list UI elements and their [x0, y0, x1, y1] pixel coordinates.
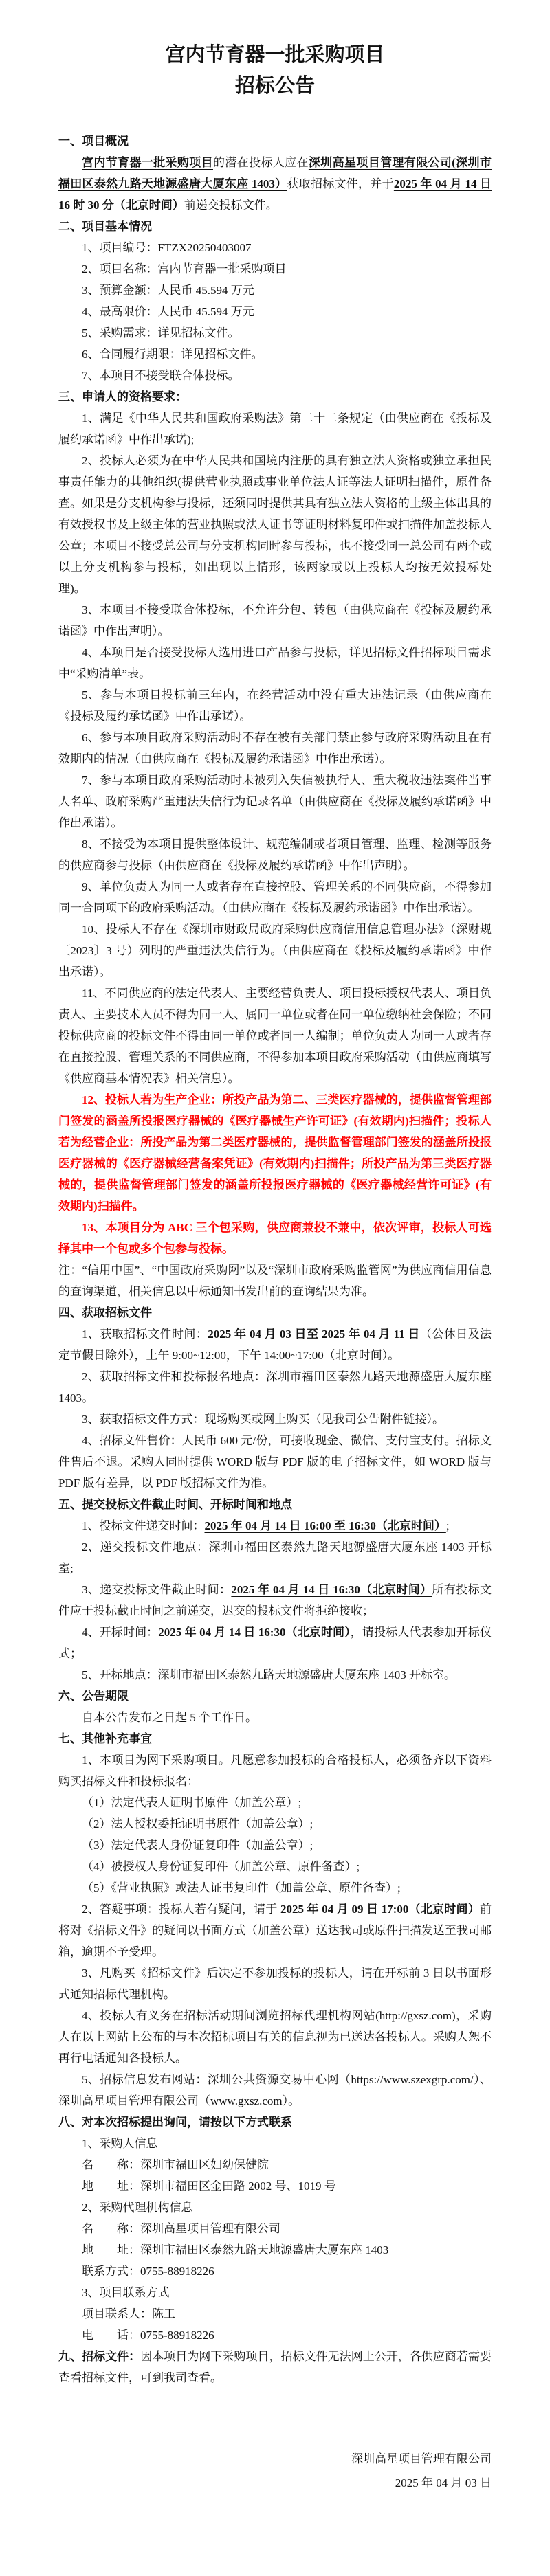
no-consortium-note: 7、本项目不接受联合体投标。: [58, 365, 492, 386]
section-1-heading: 一、项目概况: [58, 131, 492, 152]
document-title-line1: 宫内节育器一批采购项目: [58, 40, 492, 71]
underlined-opening-time: 2025 年 04 月 14 日 16:30（北京时间）: [158, 1626, 350, 1639]
announcement-document: 宫内节育器一批采购项目 招标公告 一、项目概况 宫内节育器一批采购项目的潜在投标…: [0, 0, 550, 2576]
qualification-item-4: 4、本项目是否接受投标人选用进口产品参与投标，详见招标文件招标项目需求中“采购清…: [58, 642, 492, 684]
supplement-sub-4: （4）被授权人身份证复印件（加盖公章、原件备查）;: [58, 1856, 492, 1877]
project-name: 2、项目名称：宫内节育器一批采购项目: [58, 258, 492, 280]
qualification-item-6: 6、参与本项目政府采购活动时不存在被有关部门禁止参与政府采购活动且在有效期内的情…: [58, 727, 492, 770]
supplement-sub-5: （5）《营业执照》或法人证书复印件（加盖公章、原件备查）;: [58, 1877, 492, 1899]
section-4-heading: 四、获取招标文件: [58, 1302, 492, 1323]
submit-time: 1、投标文件递交时间：2025 年 04 月 14 日 16:00 至 16:3…: [58, 1515, 492, 1536]
agency-phone: 联系方式：0755-88918226: [58, 2261, 492, 2282]
budget-amount: 3、预算金额：人民币 45.594 万元: [58, 280, 492, 301]
project-overview-text: 宫内节育器一批采购项目的潜在投标人应在深圳高星项目管理有限公司(深圳市福田区泰然…: [58, 152, 492, 216]
underlined-obtain-dates: 2025 年 04 月 03 日至 2025 年 04 月 11 日: [208, 1328, 420, 1341]
overview-text-3: 前递交投标文件。: [184, 199, 278, 212]
qualification-item-12-red: 12、投标人若为生产企业：所投产品为第二、三类医疗器械的，提供监督管理部门签发的…: [58, 1089, 492, 1217]
supplement-item-1: 1、本项目为网下采购项目。凡愿意参加投标的合格投标人，必须备齐以下资料购买招标文…: [58, 1749, 492, 1792]
underlined-qa-deadline: 2025 年 04 月 09 日 17:00（北京时间）: [280, 1903, 480, 1916]
project-number: 1、项目编号：FTZX20250403007: [58, 237, 492, 258]
footer-date: 2025 年 04 月 03 日: [58, 2471, 492, 2495]
agency-name: 名 称：深圳高星项目管理有限公司: [58, 2218, 492, 2239]
qualification-item-3: 3、本项目不接受联合体投标，不允许分包、转包（由供应商在《投标及履约承诺函》中作…: [58, 599, 492, 642]
purchaser-name: 名 称：深圳市福田区妇幼保健院: [58, 2154, 492, 2175]
qualification-item-7: 7、参与本项目政府采购活动时未被列入失信被执行人、重大税收违法案件当事人名单、政…: [58, 770, 492, 833]
agency-info-title: 2、采购代理机构信息: [58, 2197, 492, 2218]
opening-location: 5、开标地点：深圳市福田区泰然九路天地源盛唐大厦东座 1403 开标室。: [58, 1664, 492, 1685]
opening-time-label: 4、开标时间：: [82, 1626, 158, 1639]
procurement-requirements: 5、采购需求：详见招标文件。: [58, 322, 492, 344]
obtain-location: 2、获取招标文件和投标报名地点：深圳市福田区泰然九路天地源盛唐大厦东座 1403…: [58, 1366, 492, 1409]
supplement-sub-3: （3）法定代表人身份证复印件（加盖公章）;: [58, 1835, 492, 1856]
opening-time: 4、开标时间：2025 年 04 月 14 日 16:30（北京时间），请投标人…: [58, 1622, 492, 1664]
signature-block: 深圳高星项目管理有限公司 2025 年 04 月 03 日: [58, 2447, 492, 2495]
qualification-item-10: 10、投标人不存在《深圳市财政局政府采购供应商信用信息管理办法》（深财规〔202…: [58, 919, 492, 983]
document-title-line2: 招标公告: [58, 71, 492, 102]
submit-location: 2、递交投标文件地点：深圳市福田区泰然九路天地源盛唐大厦东座 1403 开标室;: [58, 1536, 492, 1579]
qualification-item-5: 5、参与本项目投标前三年内，在经营活动中没有重大违法记录（由供应商在《投标及履约…: [58, 684, 492, 727]
supplement-item-4: 4、投标人有义务在招标活动期间浏览招标代理机构网站(http://gxsz.co…: [58, 2005, 492, 2069]
supplement-item-3: 3、凡购买《招标文件》后决定不参加投标的投标人，请在开标前 3 日以书面形式通知…: [58, 1962, 492, 2005]
qualification-item-8: 8、不接受为本项目提供整体设计、规范编制或者项目管理、监理、检测等服务的供应商参…: [58, 833, 492, 876]
qualification-note: 注：“信用中国”、“中国政府采购网”以及“深圳市政府采购监管网”为供应商信用信息…: [58, 1259, 492, 1302]
supplement-item-2: 2、答疑事项：投标人若有疑问，请于 2025 年 04 月 09 日 17:00…: [58, 1899, 492, 1962]
obtain-method: 3、获取招标文件方式：现场购买或网上购买（见我司公告附件链接）。: [58, 1409, 492, 1430]
document-title: 宫内节育器一批采购项目 招标公告: [58, 40, 492, 102]
overview-text-1: 的潜在投标人应在: [213, 156, 309, 169]
underlined-project-name: 宫内节育器一批采购项目: [82, 156, 213, 169]
footer-company: 深圳高星项目管理有限公司: [58, 2447, 492, 2471]
supplement-item-5: 5、招标信息发布网站：深圳公共资源交易中心网（https://www.szexg…: [58, 2069, 492, 2112]
purchaser-address: 地 址：深圳市福田区金田路 2002 号、1019 号: [58, 2175, 492, 2197]
qualification-item-2: 2、投标人必须为在中华人民共和国境内注册的具有独立法人资格或独立承担民事责任能力…: [58, 450, 492, 599]
announcement-period-text: 自本公告发布之日起 5 个工作日。: [58, 1707, 492, 1728]
section-7-heading: 七、其他补充事宜: [58, 1728, 492, 1749]
section-9-heading: 九、招标文件：: [58, 2350, 140, 2363]
qa-label: 2、答疑事项：投标人若有疑问，请于: [82, 1903, 280, 1916]
submit-time-label: 1、投标文件递交时间：: [82, 1519, 205, 1532]
underlined-submit-deadline: 2025 年 04 月 14 日 16:30（北京时间）: [231, 1583, 432, 1596]
purchaser-info-title: 1、采购人信息: [58, 2133, 492, 2154]
supplement-sub-2: （2）法人授权委托证明书原件（加盖公章）;: [58, 1813, 492, 1835]
section-6-heading: 六、公告期限: [58, 1685, 492, 1707]
price-ceiling: 4、最高限价：人民币 45.594 万元: [58, 301, 492, 322]
project-contact-phone: 电 话：0755-88918226: [58, 2325, 492, 2346]
qualification-item-1: 1、满足《中华人民共和国政府采购法》第二十二条规定（由供应商在《投标及履约承诺函…: [58, 407, 492, 450]
submit-deadline: 3、递交投标文件截止时间：2025 年 04 月 14 日 16:30（北京时间…: [58, 1579, 492, 1622]
overview-text-2: 获取招标文件，并于: [287, 177, 393, 190]
submit-deadline-label: 3、递交投标文件截止时间：: [82, 1583, 231, 1596]
section-8-heading: 八、对本次招标提出询问，请按以下方式联系: [58, 2112, 492, 2133]
obtain-time-label: 1、获取招标文件时间：: [82, 1328, 208, 1341]
document-price: 4、招标文件售价：人民币 600 元/份，可接收现金、微信、支付宝支付。招标文件…: [58, 1430, 492, 1494]
supplement-sub-1: （1）法定代表人证明书原件（加盖公章）;: [58, 1792, 492, 1813]
project-contact-person: 项目联系人：陈工: [58, 2303, 492, 2325]
project-contact-title: 3、项目联系方式: [58, 2282, 492, 2303]
section-3-heading: 三、申请人的资格要求：: [58, 386, 492, 407]
section-2-heading: 二、项目基本情况: [58, 216, 492, 237]
qualification-item-13-red: 13、本项目分为 ABC 三个包采购，供应商兼投不兼中，依次评审，投标人可选择其…: [58, 1217, 492, 1259]
obtain-time: 1、获取招标文件时间：2025 年 04 月 03 日至 2025 年 04 月…: [58, 1323, 492, 1366]
section-5-heading: 五、提交投标文件截止时间、开标时间和地点: [58, 1494, 492, 1515]
contract-period: 6、合同履行期限：详见招标文件。: [58, 344, 492, 365]
submit-time-tail: ;: [446, 1519, 450, 1532]
underlined-submit-window: 2025 年 04 月 14 日 16:00 至 16:30（北京时间）: [205, 1519, 446, 1532]
bidding-document-note: 九、招标文件：因本项目为网下采购项目，招标文件无法网上公开，各供应商若需要查看招…: [58, 2346, 492, 2388]
agency-address: 地 址：深圳市福田区泰然九路天地源盛唐大厦东座 1403: [58, 2239, 492, 2261]
qualification-item-11: 11、不同供应商的法定代表人、主要经营负责人、项目投标授权代表人、项目负责人、主…: [58, 983, 492, 1089]
qualification-item-9: 9、单位负责人为同一人或者存在直接控股、管理关系的不同供应商，不得参加同一合同项…: [58, 876, 492, 919]
